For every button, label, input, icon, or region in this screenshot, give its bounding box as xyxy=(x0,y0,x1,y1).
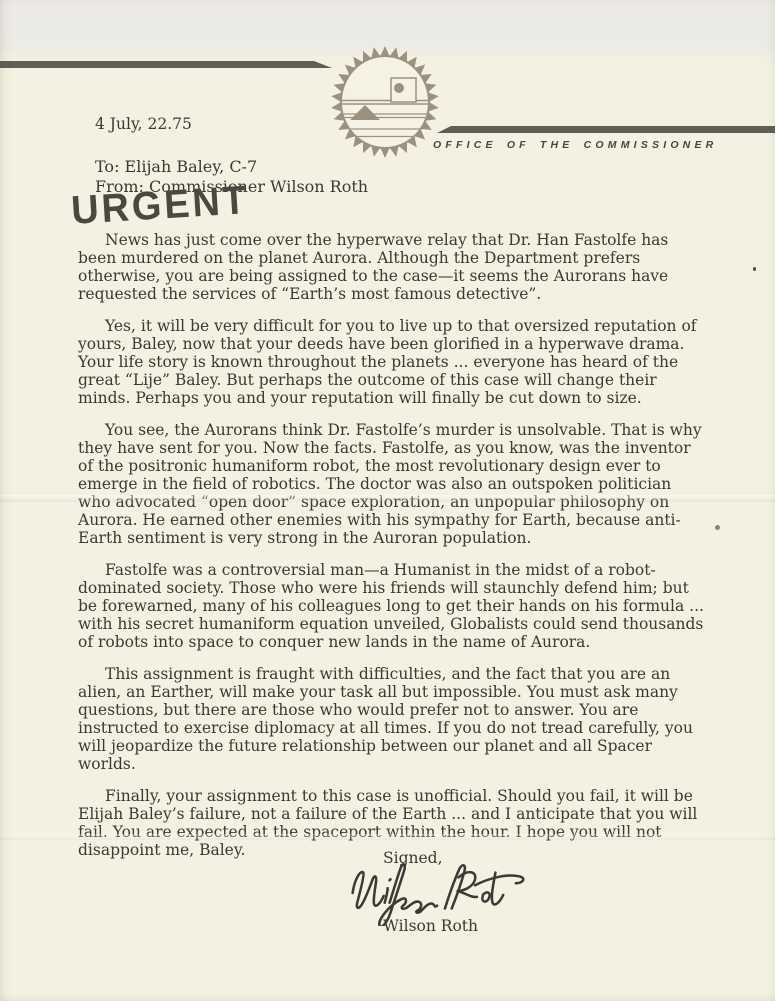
letterhead-rule-right xyxy=(437,126,775,133)
typed-signature-name: Wilson Roth xyxy=(383,917,478,935)
paragraph: You see, the Aurorans think Dr. Fastolfe… xyxy=(78,421,706,547)
letterhead-rule-left xyxy=(0,61,332,68)
to-line: To: Elijah Baley, C-7 xyxy=(95,157,257,176)
signature-script xyxy=(342,858,542,926)
date-line: 4 July, 22.75 xyxy=(95,115,192,133)
sun-gear-emblem-icon xyxy=(329,42,441,164)
paragraph: Fastolfe was a controversial man—a Human… xyxy=(78,561,706,651)
letter-body: News has just come over the hyperwave re… xyxy=(78,231,706,873)
paper-speck xyxy=(753,267,756,271)
letter-page: OFFICE OF THE COMMISSIONER 4 July, 22.75… xyxy=(0,0,775,1001)
office-label: OFFICE OF THE COMMISSIONER xyxy=(433,139,763,151)
urgent-stamp: URGENT xyxy=(70,178,250,234)
paper-speck xyxy=(715,525,720,530)
paragraph: This assignment is fraught with difficul… xyxy=(78,665,706,773)
paragraph: News has just come over the hyperwave re… xyxy=(78,231,706,303)
paragraph: Yes, it will be very difficult for you t… xyxy=(78,317,706,407)
